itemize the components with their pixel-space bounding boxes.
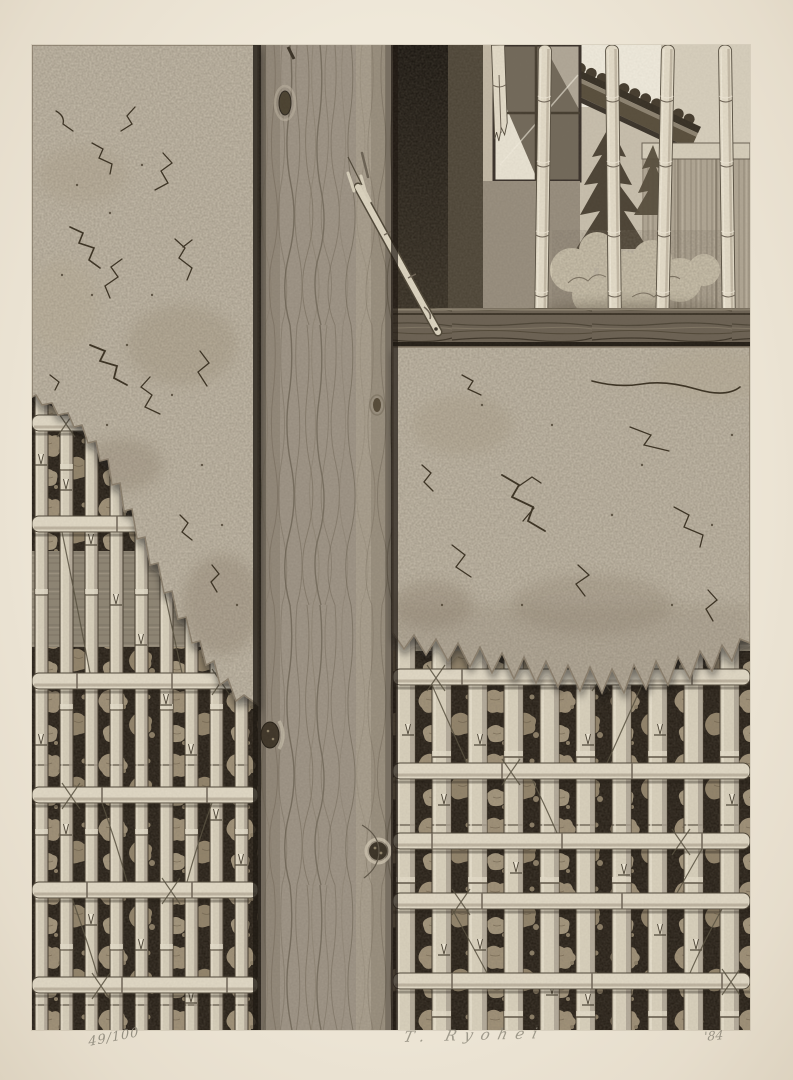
etching-texture-overlay	[32, 45, 750, 1030]
paper-sheet: 49/100 T. Ryohei '84	[0, 0, 793, 1080]
photo-of-etching: { "inscriptions": { "edition_number": "4…	[0, 0, 793, 1080]
artist-signature: T. Ryohei	[402, 1024, 547, 1046]
etching-print	[32, 45, 750, 1030]
date-inscription: '84	[704, 1027, 724, 1044]
